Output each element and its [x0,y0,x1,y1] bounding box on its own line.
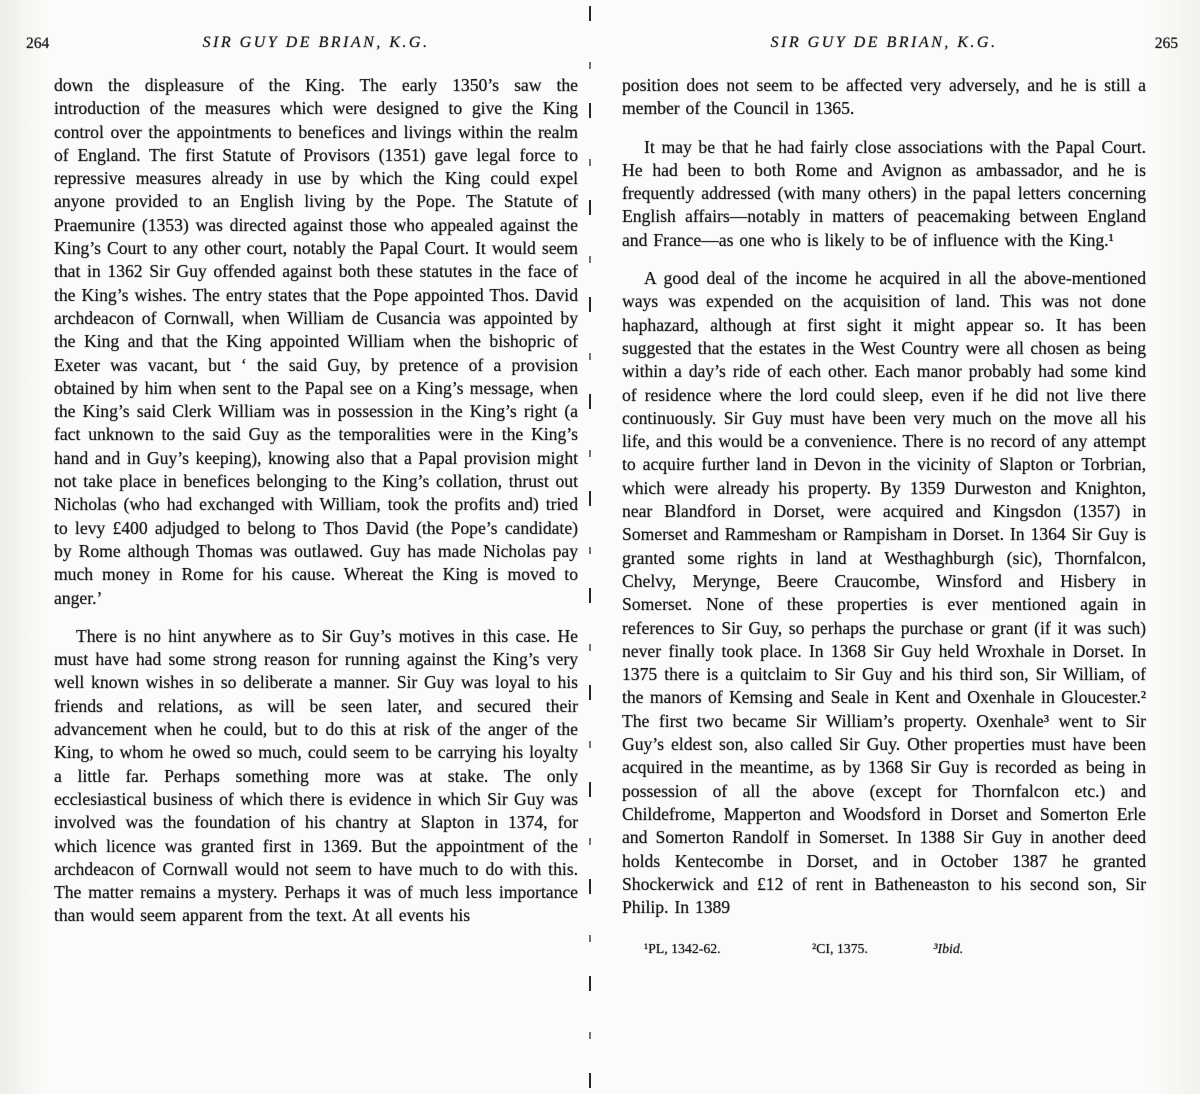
paragraph: position does not seem to be affected ve… [622,74,1146,121]
page-number-left: 264 [26,35,49,53]
running-title-left: SIR GUY DE BRIAN, K.G. [203,34,430,51]
paragraph: down the displeasure of the King. The ea… [54,74,578,610]
page-header-left: 264 SIR GUY DE BRIAN, K.G. [54,34,578,60]
page-right: SIR GUY DE BRIAN, K.G. 265 position does… [622,34,1146,957]
page-number-right: 265 [1155,35,1178,53]
footnote-1: ¹PL, 1342-62. [644,941,721,957]
paragraph: It may be that he had fairly close assoc… [622,136,1146,252]
footnote-2: ²CI, 1375. [812,941,868,957]
page-left: 264 SIR GUY DE BRIAN, K.G. down the disp… [54,34,578,928]
book-spread: 264 SIR GUY DE BRIAN, K.G. down the disp… [0,0,1200,1094]
paragraph: A good deal of the income he acquired in… [622,267,1146,919]
footnote-3: ³Ibid. [933,941,963,957]
footnotes: ¹PL, 1342-62. ²CI, 1375. ³Ibid. [622,941,1146,957]
paragraph: There is no hint anywhere as to Sir Guy’… [54,625,578,928]
running-title-right: SIR GUY DE BRIAN, K.G. [771,34,998,51]
gutter-binding-mark [589,6,591,1088]
page-header-right: SIR GUY DE BRIAN, K.G. 265 [622,34,1146,60]
